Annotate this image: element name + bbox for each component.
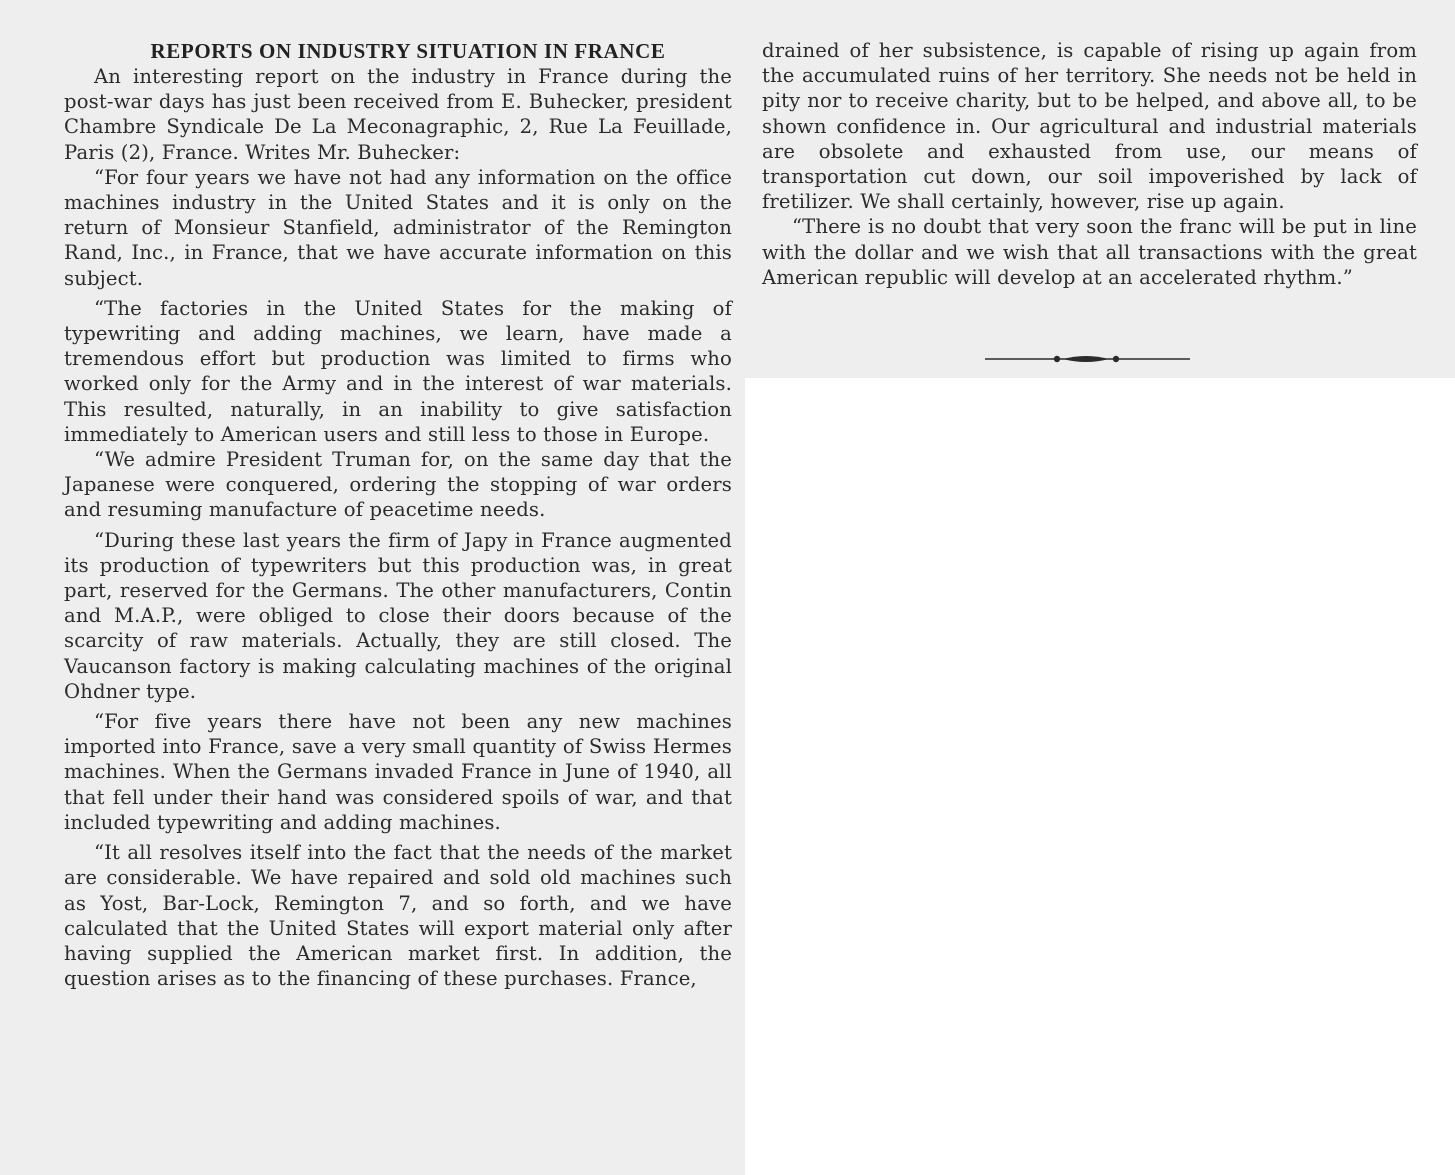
article-paragraph: “During these last years the firm of Jap… [64, 528, 732, 704]
continued-paragraph: drained of her subsistence, is capable o… [762, 38, 1417, 214]
article-paragraph: “The factories in the United States for … [64, 296, 732, 447]
article-paragraph: “For five years there have not been any … [64, 709, 732, 835]
article-right-column: drained of her subsistence, is capable o… [762, 38, 1417, 295]
article-paragraph: “For four years we have not had any info… [64, 165, 732, 291]
section-divider-ornament-icon [985, 352, 1190, 366]
article-left-column: REPORTS ON INDUSTRY SITUATION IN FRANCE … [64, 38, 732, 996]
article-headline: REPORTS ON INDUSTRY SITUATION IN FRANCE [84, 38, 732, 64]
article-paragraph: “It all resolves itself into the fact th… [64, 840, 732, 991]
closing-paragraph: “There is no doubt that very soon the fr… [762, 214, 1417, 290]
intro-paragraph: An interesting report on the industry in… [64, 64, 732, 165]
article-paragraph: “We admire President Truman for, on the … [64, 447, 732, 523]
